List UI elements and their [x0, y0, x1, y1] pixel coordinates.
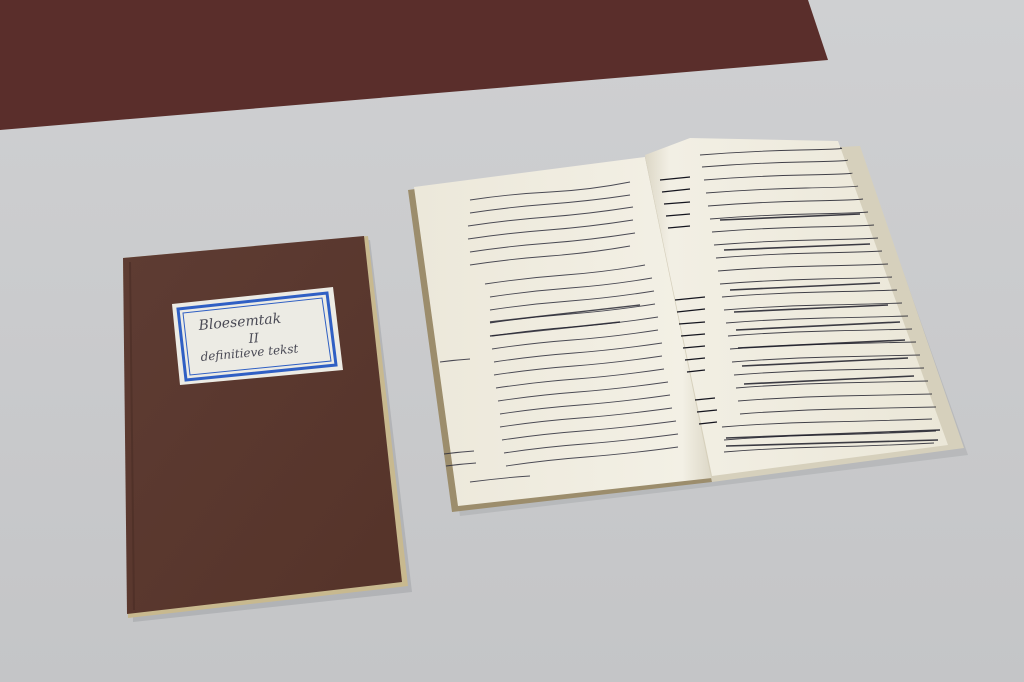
photo-scene	[0, 0, 1024, 682]
closed-notebook-cover	[123, 236, 402, 614]
